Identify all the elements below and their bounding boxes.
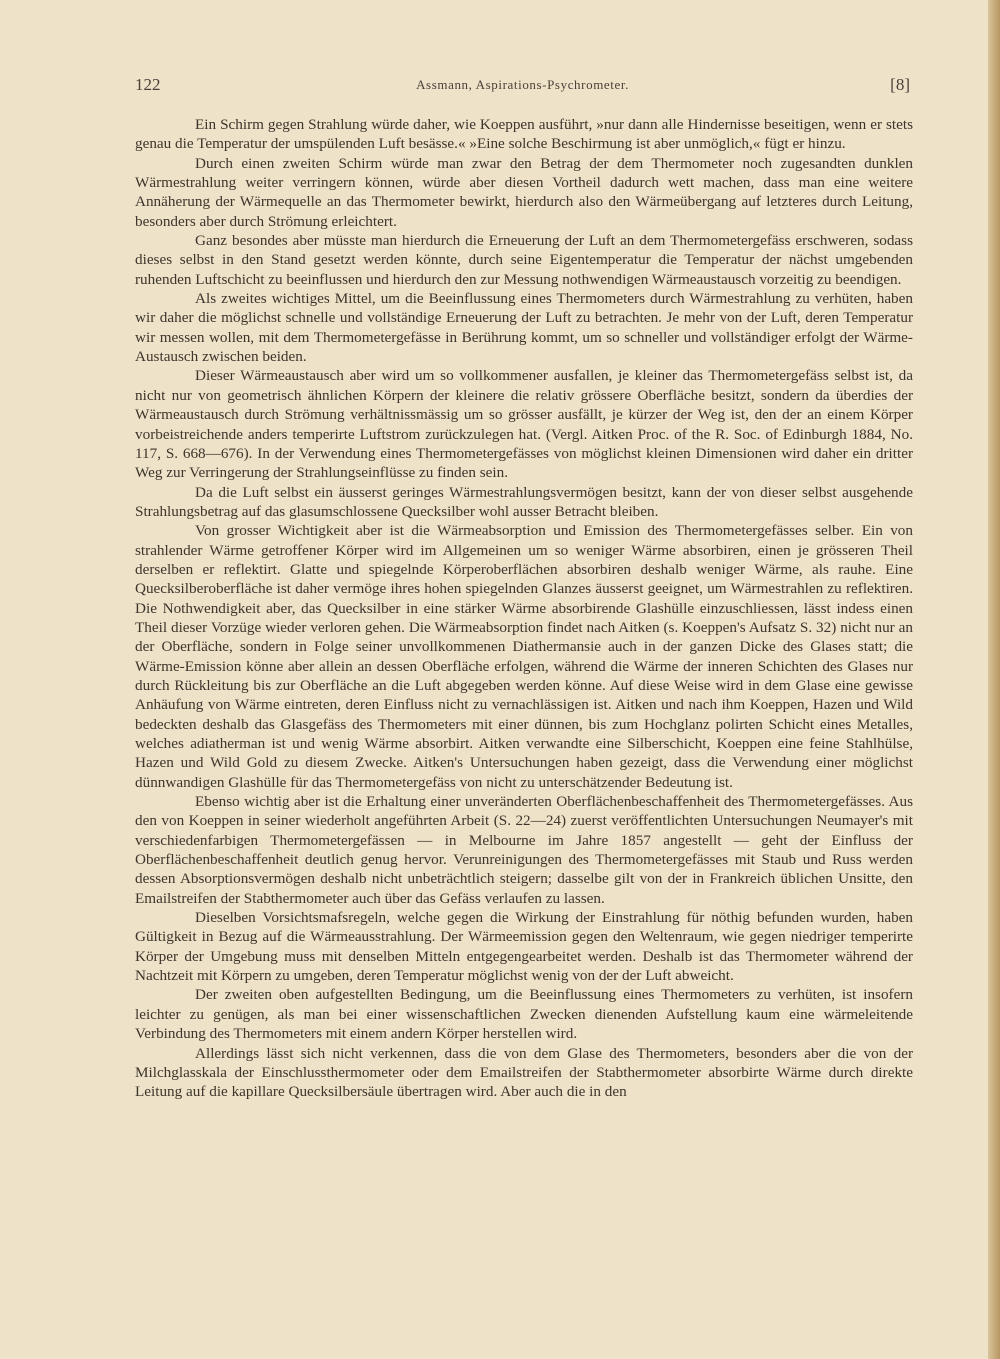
paragraph: Da die Luft selbst ein äusserst geringes… [135,483,913,522]
paragraph: Dieser Wärmeaustausch aber wird um so vo… [135,366,913,482]
body-text: Ein Schirm gegen Strahlung würde daher, … [135,115,913,1102]
section-marker: [8] [890,75,910,95]
document-page: 122 Assmann, Aspirations-Psychrometer. [… [0,0,988,1359]
paragraph: Durch einen zweiten Schirm würde man zwa… [135,154,913,231]
paragraph: Ebenso wichtig aber ist die Erhaltung ei… [135,792,913,908]
running-title: Assmann, Aspirations-Psychrometer. [135,77,910,93]
page-header: 122 Assmann, Aspirations-Psychrometer. [… [135,75,910,97]
paragraph: Dieselben Vorsichtsmafsregeln, welche ge… [135,908,913,985]
page-edge [988,0,1000,1359]
paragraph: Von grosser Wichtigkeit aber ist die Wär… [135,521,913,792]
paragraph: Ganz besondes aber müsste man hierdurch … [135,231,913,289]
paragraph: Allerdings lässt sich nicht verkennen, d… [135,1044,913,1102]
paragraph: Der zweiten oben aufgestellten Bedingung… [135,985,913,1043]
paragraph: Ein Schirm gegen Strahlung würde daher, … [135,115,913,154]
paragraph: Als zweites wichtiges Mittel, um die Bee… [135,289,913,366]
